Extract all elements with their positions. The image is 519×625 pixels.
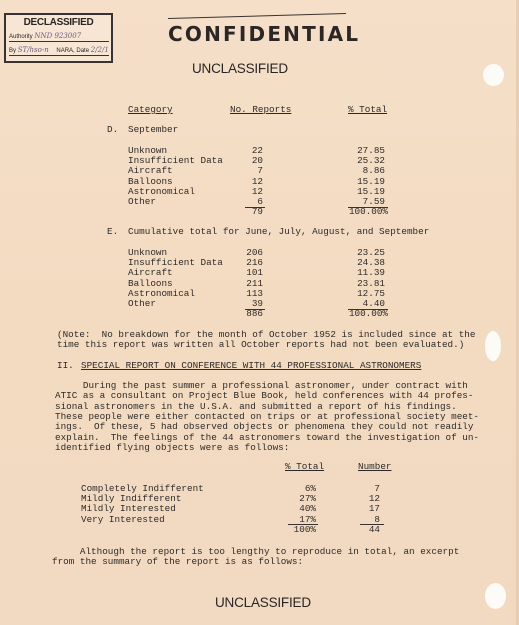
section-e-label: E. — [107, 227, 118, 237]
col-header-reports: No. Reports — [230, 105, 291, 115]
marking-unclassified-bottom: UNCLASSIFIED — [215, 595, 311, 610]
classification-strikethrough — [168, 13, 346, 19]
col-header-pct: % Total — [348, 105, 387, 115]
marking-unclassified-top: UNCLASSIFIED — [192, 61, 288, 76]
section-2-heading: SPECIAL REPORT ON CONFERENCE WITH 44 PRO… — [81, 361, 421, 371]
paragraph-line: ings. Of these, 5 had observed objects o… — [55, 422, 473, 432]
row-category: Other — [128, 299, 156, 309]
classification-confidential: CONFIDENTIAL — [168, 22, 360, 46]
document-page: DECLASSIFIED Authority NND 923007 By ST/… — [0, 0, 519, 625]
section-2-number: II. — [57, 361, 74, 371]
astro-row-feeling: Very Interested — [81, 515, 165, 525]
punch-hole-top — [483, 64, 504, 86]
total-reports: 886 — [230, 309, 263, 319]
stamp-authority-label: Authority — [9, 34, 33, 40]
stamp-authority-line: Authority NND 923007 — [9, 31, 109, 42]
stamp-nara-label: NARA, Date — [56, 48, 89, 54]
stamp-authority-value: NND 923007 — [34, 32, 81, 40]
astro-col-header-pct: % Total — [285, 462, 324, 472]
note-line-2: time this report was written all October… — [57, 340, 464, 350]
col-header-category: Category — [128, 105, 173, 115]
stamp-title: DECLASSIFIED — [6, 17, 111, 28]
punch-hole-bottom — [485, 583, 506, 609]
paragraph-line: identified flying objects were as follow… — [55, 443, 289, 453]
stamp-by-line: By ST/hso-n NARA, Date 2/2/10 — [9, 45, 109, 56]
section-d-label: D. — [107, 125, 118, 135]
declassified-stamp: DECLASSIFIED Authority NND 923007 By ST/… — [4, 13, 113, 63]
total-reports: 79 — [230, 207, 263, 217]
stamp-by-label: By — [9, 48, 16, 54]
punch-hole-middle — [485, 331, 501, 361]
total-pct: 100.00% — [330, 207, 388, 217]
stamp-by-value: ST/hso-n — [18, 46, 49, 54]
total-pct: 100.00% — [330, 309, 388, 319]
closing-line-2: from the summary of the report is as fol… — [52, 557, 303, 567]
row-category: Other — [128, 197, 156, 207]
astro-total-pct: 100% — [280, 525, 316, 535]
astro-total-number: 44 — [350, 525, 380, 535]
section-d-title: September — [128, 125, 178, 135]
astro-col-header-number: Number — [358, 462, 391, 472]
section-e-title: Cumulative total for June, July, August,… — [128, 227, 429, 237]
stamp-date-value: 2/2/10 — [91, 46, 109, 54]
